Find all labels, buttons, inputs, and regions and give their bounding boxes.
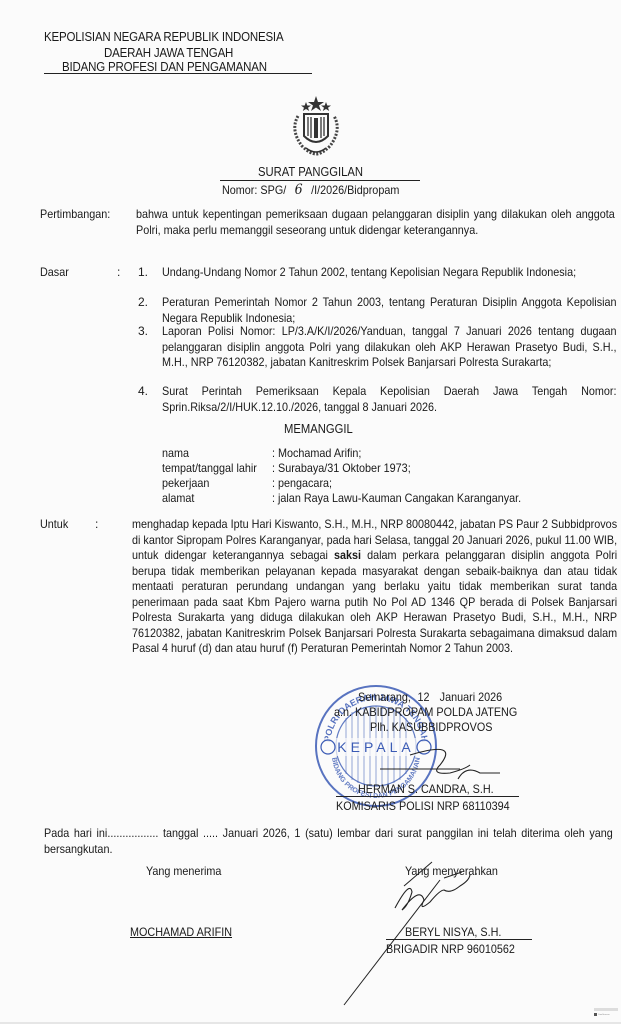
- pertimbangan-label: Pertimbangan:: [40, 207, 110, 222]
- letterhead-line-2: DAERAH JAWA TENGAH: [104, 46, 233, 61]
- receiver-label: Yang menerima: [146, 864, 221, 879]
- field-ttl-label: tempat/tanggal lahir: [162, 461, 257, 476]
- letterhead-line-1: KEPOLISIAN NEGARA REPUBLIK INDONESIA: [44, 30, 283, 45]
- camscanner-watermark: CamScanner: [594, 1008, 618, 1020]
- document-number: Nomor: SPG/ 6 /I/2026/Bidpropam: [222, 183, 399, 198]
- field-nama-label: nama: [162, 446, 189, 461]
- field-pekerjaan-label: pekerjaan: [162, 476, 209, 491]
- polri-emblem-icon: [284, 96, 348, 158]
- summons-letter-page: KEPOLISIAN NEGARA REPUBLIK INDONESIA DAE…: [0, 0, 621, 1024]
- sign-name-underline: [336, 796, 519, 797]
- camscanner-logo-icon: [594, 1013, 597, 1016]
- sign-month-year: Januari 2026: [440, 690, 502, 704]
- deliverer-name-underline: [386, 939, 532, 940]
- sign-on-behalf: a.n. KABIDPROPAM POLDA JATENG: [334, 705, 517, 720]
- dasar-label: Dasar: [40, 265, 69, 280]
- memanggil-heading: MEMANGGIL: [284, 422, 353, 436]
- sign-place-date: Semarang, 12 Januari 2026: [358, 690, 502, 705]
- untuk-text-after: dalam perkara pelanggaran disiplin anggo…: [132, 548, 617, 655]
- untuk-text: menghadap kepada Iptu Hari Kiswanto, S.H…: [132, 517, 617, 657]
- field-alamat-label: alamat: [162, 491, 194, 506]
- dasar-item-2-num: 2.: [138, 295, 148, 310]
- sign-rank: KOMISARIS POLISI NRP 68110394: [336, 799, 510, 814]
- title-underline: [220, 180, 420, 181]
- field-pekerjaan-value: : pengacara;: [272, 476, 332, 491]
- number-prefix: Nomor: SPG/: [222, 183, 286, 197]
- sign-place: Semarang,: [358, 690, 411, 704]
- untuk-label: Untuk: [40, 517, 68, 532]
- number-suffix: /I/2026/Bidpropam: [311, 183, 399, 197]
- field-ttl-value: : Surabaya/31 Oktober 1973;: [272, 461, 411, 476]
- dasar-item-4-num: 4.: [138, 384, 148, 399]
- deliverer-rank: BRIGADIR NRP 96010562: [386, 942, 515, 957]
- receiver-name: MOCHAMAD ARIFIN: [130, 925, 232, 940]
- dasar-item-3-text: Laporan Polisi Nomor: LP/3.A/K/I/2026/Ya…: [162, 324, 617, 371]
- pertimbangan-text: bahwa untuk kepentingan pemeriksaan duga…: [136, 207, 615, 238]
- untuk-role-bold: saksi: [334, 548, 361, 562]
- dasar-item-1-text: Undang-Undang Nomor 2 Tahun 2002, tentan…: [162, 265, 617, 281]
- dasar-item-4-text: Surat Perintah Pemeriksaan Kepala Kepoli…: [162, 384, 617, 415]
- dasar-item-1-num: 1.: [138, 265, 148, 280]
- number-handwritten: 6: [295, 182, 303, 198]
- field-alamat-value: : jalan Raya Lawu-Kauman Cangakan Karang…: [272, 491, 521, 506]
- dasar-colon: :: [117, 265, 120, 280]
- field-nama-value: : Mochamad Arifin;: [272, 446, 361, 461]
- letterhead-underline: [44, 73, 312, 74]
- dasar-item-3-num: 3.: [138, 324, 148, 339]
- signature-herman-icon: [370, 735, 510, 785]
- dasar-item-2-text: Peraturan Pemerintah Nomor 2 Tahun 2003,…: [162, 295, 617, 326]
- untuk-colon: :: [95, 517, 98, 532]
- document-title: SURAT PANGGILAN: [258, 165, 363, 179]
- sign-day-handwritten: 12: [417, 690, 429, 704]
- sign-acting: Plh. KASUBBIDPROVOS: [370, 720, 492, 735]
- camscanner-label: CamScanner: [598, 1014, 610, 1016]
